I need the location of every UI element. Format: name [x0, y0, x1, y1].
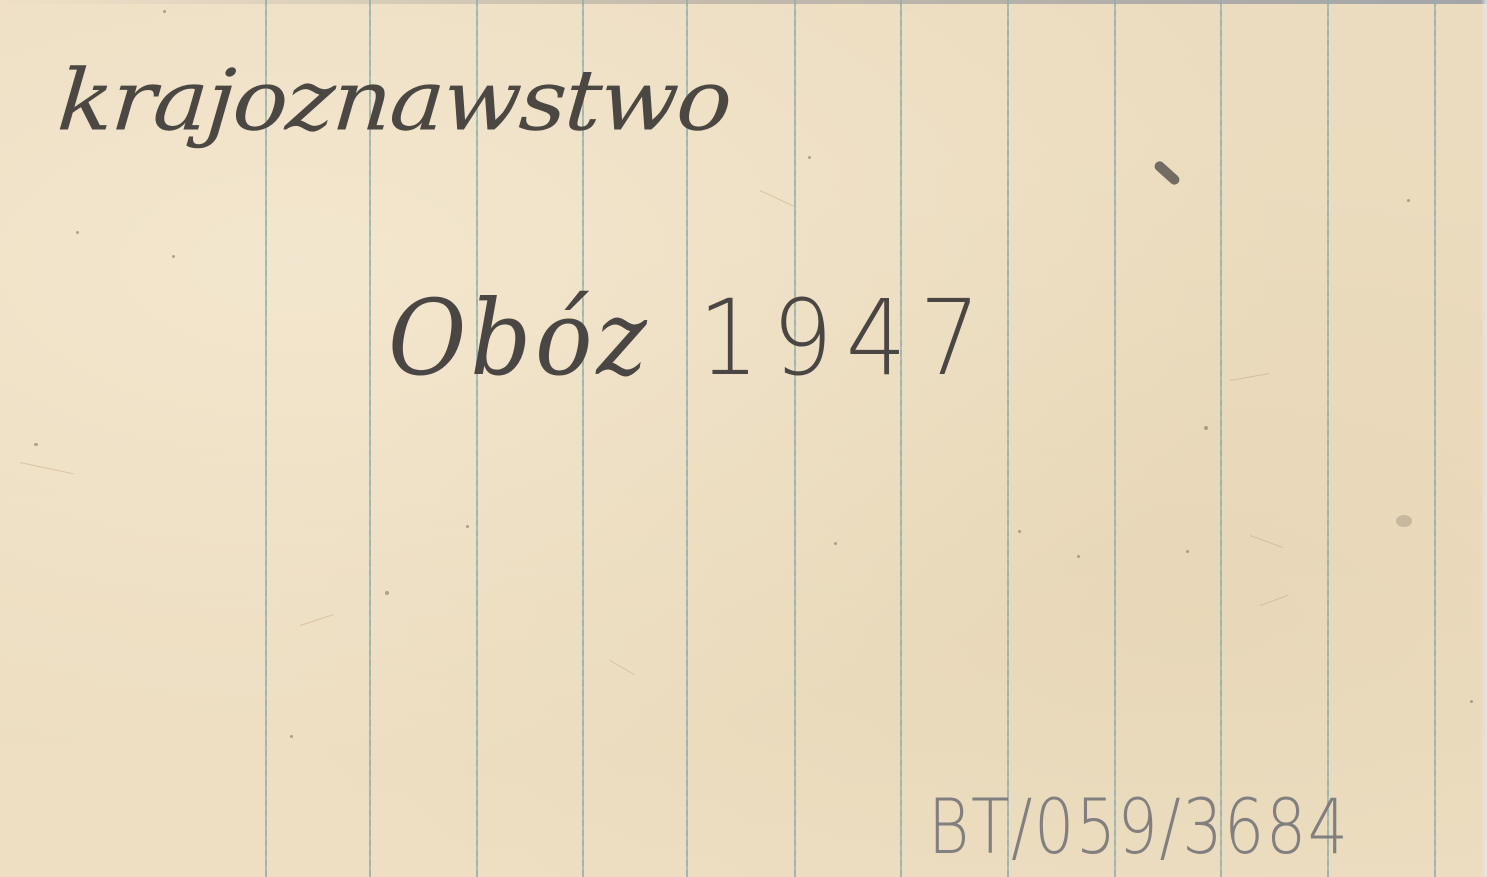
scan-edge-top [0, 0, 1487, 4]
card-title: Obóz1947 [388, 278, 993, 398]
ink-blot [1153, 159, 1182, 187]
paper-fiber [1260, 595, 1289, 606]
paper-speck [1186, 550, 1189, 553]
paper-fiber [300, 614, 334, 626]
card-title-word: Obóz [388, 277, 650, 399]
ruled-line [1220, 0, 1222, 877]
paper-speck [834, 542, 837, 545]
paper-speck [290, 735, 293, 738]
card-title-year: 1947 [698, 277, 993, 399]
paper-fiber [760, 190, 797, 208]
ruled-line [1114, 0, 1116, 877]
card-heading: krajoznawstwo [54, 50, 734, 151]
paper-speck [808, 156, 811, 159]
paper-fiber [1230, 373, 1270, 381]
paper-fiber [1250, 535, 1283, 548]
index-card: krajoznawstwo Obóz1947 BT/059/3684 [0, 0, 1487, 877]
paper-speck [385, 591, 389, 595]
ruled-line [794, 0, 796, 877]
paper-fiber [610, 660, 635, 675]
paper-speck [172, 255, 175, 258]
scan-edge-right [1481, 0, 1487, 877]
paper-speck [1018, 530, 1021, 533]
paper-speck [1077, 555, 1080, 558]
paper-speck [163, 10, 166, 13]
paper-speck [76, 231, 79, 234]
ruled-line [1327, 0, 1329, 877]
ruled-line [900, 0, 902, 877]
paper-speck [1204, 426, 1208, 430]
paper-speck [1470, 700, 1473, 703]
paper-fiber [20, 462, 74, 474]
paper-speck [1407, 199, 1410, 202]
catalog-number: BT/059/3684 [928, 782, 1350, 872]
paper-speck [34, 443, 38, 446]
paper-stain [1396, 515, 1412, 527]
paper-speck [466, 525, 469, 528]
ruled-line [1007, 0, 1009, 877]
ruled-line [1434, 0, 1436, 877]
